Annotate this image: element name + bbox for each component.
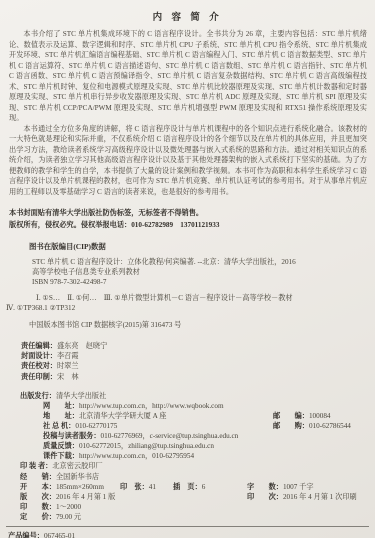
distributor-row: 经 销：全国新华书店 <box>20 472 375 482</box>
print-sheets-cell: 印 张：41 <box>120 482 156 492</box>
format-row: 开 本：185mm×260mm 印 张：41 插 页：6 字 数：1007 千字 <box>20 482 375 492</box>
distributor-label: 经 销： <box>20 473 56 481</box>
format-label: 开 本： <box>20 483 56 491</box>
product-number-row: 产品编号：067465-01 <box>8 531 375 538</box>
product-number-label: 产品编号： <box>8 532 44 538</box>
staff-label: 封面设计： <box>21 352 57 360</box>
cip-block: 图书在版编目(CIP)数据 STC 单片机 C 语言程序设计：立体化教程/何宾编… <box>0 242 375 330</box>
staff-label: 责任校对： <box>21 362 57 370</box>
staff-row-print-supervisor: 责任印制：宋 林 <box>21 372 375 382</box>
insert-pages-value: 6 <box>202 483 206 491</box>
print-sheets-label: 印 张： <box>120 483 149 491</box>
website-label: 网 址： <box>43 402 79 410</box>
book-copyright-page: 内 容 简 介 本书介绍了 STC 单片机集成环境下的 C 语言程序设计。全书共… <box>0 0 375 538</box>
staff-label: 责任印制： <box>21 373 57 381</box>
cip-isbn: ISBN 978-7-302-42498-7 <box>32 277 365 287</box>
intro-paragraph-2: 本书通过全方位多角度的讲解，将 C 语言程序设计与单片机课程中的各个知识点进行系… <box>9 124 367 198</box>
staff-value: 宋 林 <box>57 373 79 381</box>
staff-label: 责任编辑： <box>21 342 57 350</box>
quality-feedback-label: 质量反馈： <box>43 442 79 450</box>
zipcode-cell: 邮 编：100084 <box>273 411 331 421</box>
courseware-value: http://www.tup.com.cn，010-62795954 <box>79 452 194 460</box>
distributor-value: 全国新华书店 <box>56 473 99 481</box>
staff-row-proofreader: 责任校对：时翠兰 <box>21 361 375 371</box>
address-label: 地 址： <box>43 412 79 420</box>
price-label: 定 价： <box>20 513 56 521</box>
cip-title-line: STC 单片机 C 语言程序设计：立体化教程/何宾编著. --北京：清华大学出版… <box>32 257 365 267</box>
reader-service-label: 投稿与读者服务： <box>43 432 101 440</box>
impression-label: 印 次： <box>247 493 283 501</box>
switchboard-label: 社 总 机： <box>43 422 75 430</box>
print-run-label: 印 数： <box>20 503 56 511</box>
intro-paragraph-1: 本书介绍了 STC 单片机集成环境下的 C 语言程序设计。全书共分为 26 章，… <box>9 29 367 124</box>
word-count-value: 1007 千字 <box>283 483 314 491</box>
product-number-value: 067465-01 <box>44 532 75 538</box>
format-value: 185mm×260mm <box>56 483 104 491</box>
printer-row: 印 装 者：北京密云胶印厂 <box>20 461 375 471</box>
reader-service-value: 010-62776969，c-service@tup.tsinghua.edu.… <box>101 432 239 440</box>
cip-classification-line-2: Ⅳ. ①TP368.1 ②TP312 <box>6 303 365 313</box>
edition-value: 2016 年 4 月第 1 版 <box>56 493 115 501</box>
printer-label: 印 装 者： <box>20 462 52 470</box>
mailorder-value: 010-62786544 <box>309 422 351 430</box>
print-run-value: 1～2000 <box>56 503 81 511</box>
insert-pages-label: 插 页： <box>173 483 202 491</box>
colophon-block: 出版发行：清华大学出版社 网 址：http://www.tup.com.cn，h… <box>20 391 375 522</box>
staff-block: 责任编辑：盛东亮 赵晓宁 封面设计：李召霞 责任校对：时翠兰 责任印制：宋 林 <box>21 341 375 382</box>
mailorder-cell: 邮 购：010-62786544 <box>273 421 351 431</box>
print-sheets-value: 41 <box>149 483 156 491</box>
edition-row: 版 次：2016 年 4 月第 1 版 印 次：2016 年 4 月第 1 次印… <box>20 492 375 502</box>
switchboard-row: 社 总 机：010-62770175 邮 购：010-62786544 <box>20 421 375 431</box>
print-run-row: 印 数：1～2000 <box>20 502 375 512</box>
cip-record-number: 中国版本图书馆 CIP 数据核字(2015)第 316473 号 <box>29 320 375 330</box>
word-count-label: 字 数： <box>247 483 283 491</box>
staff-value: 盛东亮 赵晓宁 <box>57 342 107 350</box>
page-title: 内 容 简 介 <box>0 0 375 23</box>
zipcode-label: 邮 编： <box>273 412 309 420</box>
notice-line-2: 版权所有，侵权必究。侵权举报电话：010-62782989 1370112193… <box>9 220 367 232</box>
price-row: 定 价：79.00 元 <box>20 512 375 522</box>
staff-value: 李召霞 <box>57 352 79 360</box>
address-value: 北京清华大学学研大厦 A 座 <box>79 412 166 420</box>
notice-line-1: 本书封面贴有清华大学出版社防伪标签，无标签者不得销售。 <box>9 208 367 220</box>
cip-series-line: 高等学校电子信息类专业系列教材 <box>32 267 365 277</box>
publisher-label: 出版发行： <box>20 392 56 400</box>
website-row: 网 址：http://www.tup.com.cn，http://www.wqb… <box>20 401 375 411</box>
cip-classification-line-1: Ⅰ. ①S… Ⅱ. ①何… Ⅲ. ①单片微型计算机－C 语言－程序设计－高等学校… <box>36 293 365 303</box>
address-row: 地 址：北京清华大学学研大厦 A 座 邮 编：100084 <box>20 411 375 421</box>
zipcode-value: 100084 <box>309 412 331 420</box>
staff-value: 时翠兰 <box>57 362 79 370</box>
word-count-cell: 字 数：1007 千字 <box>247 482 314 492</box>
quality-feedback-row: 质量反馈：010-62772015，zhiliang@tup.tsinghua.… <box>20 441 375 451</box>
divider-rule <box>6 526 369 527</box>
impression-value: 2016 年 4 月第 1 次印刷 <box>283 493 357 501</box>
quality-feedback-value: 010-62772015，zhiliang@tup.tsinghua.edu.c… <box>79 442 214 450</box>
anti-piracy-notice: 本书封面贴有清华大学出版社防伪标签，无标签者不得销售。 版权所有，侵权必究。侵权… <box>9 208 367 231</box>
edition-label: 版 次： <box>20 493 56 501</box>
courseware-row: 课件下载：http://www.tup.com.cn，010-62795954 <box>20 451 375 461</box>
switchboard-value: 010-62770175 <box>75 422 117 430</box>
impression-cell: 印 次：2016 年 4 月第 1 次印刷 <box>247 492 357 502</box>
publisher-value: 清华大学出版社 <box>56 392 106 400</box>
reader-service-row: 投稿与读者服务：010-62776969，c-service@tup.tsing… <box>20 431 375 441</box>
website-value: http://www.tup.com.cn，http://www.wqbook.… <box>79 402 224 410</box>
printer-value: 北京密云胶印厂 <box>52 462 102 470</box>
staff-row-cover-design: 封面设计：李召霞 <box>21 351 375 361</box>
publisher-row: 出版发行：清华大学出版社 <box>20 391 375 401</box>
courseware-label: 课件下载： <box>43 452 79 460</box>
price-value: 79.00 元 <box>56 513 81 521</box>
cip-header: 图书在版编目(CIP)数据 <box>29 242 375 252</box>
staff-row-editor: 责任编辑：盛东亮 赵晓宁 <box>21 341 375 351</box>
insert-pages-cell: 插 页：6 <box>173 482 205 492</box>
mailorder-label: 邮 购： <box>273 422 309 430</box>
